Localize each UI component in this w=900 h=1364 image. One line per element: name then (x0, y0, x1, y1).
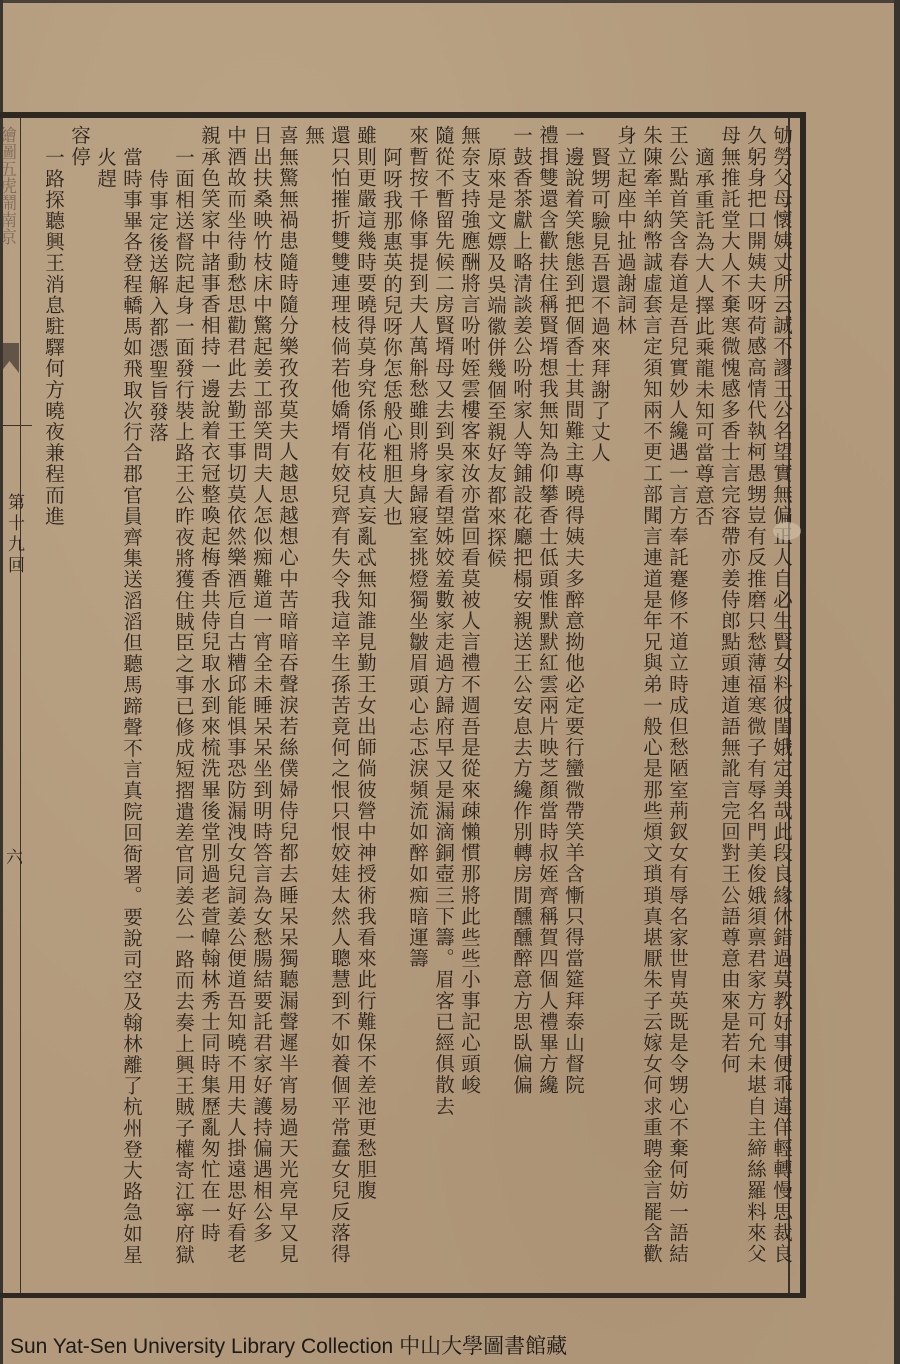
text-column: 隨從不暫留先候二房賢壻母又去到吳家看望姊姣羞數家走過方歸府早又是漏滴銅壺三下籌。… (430, 125, 456, 1285)
text-column: 阿呀我那惠英的兒呀你怎恁般心粗胆大也 (378, 125, 404, 1285)
text-column: 朱陳牽羊納幣誠虛套言定須知兩不更工部聞言連道是年兄與弟一般心是那些煩文瑣瑣真堪厭… (638, 125, 664, 1285)
library-watermark: Sun Yat-Sen University Library Collectio… (0, 1330, 567, 1360)
text-column: 一路探聽興王消息駐驛何方曉夜兼程而進 (40, 125, 66, 1285)
leaf-number: 六 (0, 848, 25, 865)
text-column: 一鼓香茶獻上略清談姜公吩咐家人等鋪設花廳把榻安親送王公安息去方纔作別轉房閒醺醺醉… (508, 125, 534, 1285)
text-column: 一面相送督院起身一面發行裝上路王公昨夜將獲住賊臣之事已修成短摺遣差官同姜公一路而… (170, 125, 196, 1285)
text-column: 親承色笑家中諸事香相持一邊說着衣冠整喚起梅香共侍兒取水到來梳洗畢後堂別過老萱幃翰… (196, 125, 222, 1285)
page-right-edge (894, 0, 900, 1364)
text-column: 喜無驚無禍患隨時隨分樂孜孜莫夫人越思越想心中苦暗暗吞聲淚若絲僕婦侍兒都去睡呆呆獨… (274, 125, 300, 1285)
text-column: 中酒故而坐待動愁思勸君此去勤王事切莫依然樂酒卮自古糟邱能惧事恐防漏洩女兒詞姜公便… (222, 125, 248, 1285)
text-column: 劬勞父母懷姨丈所云誠不謬王公名望實無偏正人自必生賢女料彼閨娥定美哉此段良緣休錯過… (768, 125, 794, 1285)
text-column: 雖則更嚴這幾時要曉得莫身究係俏花枝真妄亂忒無知誰見勤王女出師倘彼營中神授術我看來… (352, 125, 378, 1285)
text-column: 久躬身把口開姨夫呀荷感高情代執柯愚甥豈有反推磨只愁薄福寒微子有辱名門美俊娥須禀君… (742, 125, 768, 1285)
spine-book-title: 繪圖五虎鬧南京 (0, 126, 18, 346)
text-column: 日出扶桑映竹枝床中驚起姜工部笑問夫人怎似痴難道一宵全未睡呆呆坐到明時答言為女愁腸… (248, 125, 274, 1285)
text-column: 無奈支持強應酬將言吩咐姪雲樓客來汝亦當回看莫被人言禮不週吾是從來疎懶慣那將此些些… (456, 125, 482, 1285)
text-column: 適承重託為大人擇此乘龍未知可當尊意否 (690, 125, 716, 1285)
text-column: 身立起座中扯過謝詞林 (612, 125, 638, 1285)
text-column: 容停 (66, 125, 92, 1285)
fish-tail-mark-icon (0, 343, 19, 373)
text-column: 一邊說着笑態態到把個香士其間難主專曉得姨夫多醉意拗他必定要行蠻微帶笑羊含慚只得當… (560, 125, 586, 1285)
paper-stain (773, 522, 801, 540)
text-column: 原來是文嫖及吳端徽併幾個至親好友都來探候 (482, 125, 508, 1285)
page-top-edge (0, 0, 900, 3)
text-column: 來暫按千條事提到夫人萬斛愁雖則將身歸寢室挑燈獨坐皺眉頭心忐忑淚頻流如醉如痴暗運籌 (404, 125, 430, 1285)
text-column: 當時事畢各登程轎馬如飛取次行合郡官員齊集送滔滔但聽馬蹄聲不言真院回衙署。要說司空… (92, 125, 144, 1285)
text-column: 還只怕摧折雙雙連理枝倘若他嬌壻有姣兒齊有失令我這辛生孫苦竟何之恨只恨姣娃太然人聰… (300, 125, 352, 1285)
vertical-text-body: 劬勞父母懷姨丈所云誠不謬王公名望實無偏正人自必生賢女料彼閨娥定美哉此段良緣休錯過… (24, 125, 794, 1285)
text-column: 侍事定後送解入都憑聖旨發落 (144, 125, 170, 1285)
text-column: 賢甥可驗見吾還不過來拜謝了丈人 (586, 125, 612, 1285)
text-column: 母無推託堂大人不棄寒微愧感多香士言完容帶亦姜侍郎點頭連道語無訛言完回對王公語尊意… (716, 125, 742, 1285)
text-column: 禮揖雙還含歡扶住稱賢壻想我無知為仰攀香士低頭惟默默紅雲兩片映芝顏當時叔姪齊稱賀四… (534, 125, 560, 1285)
center-fold-spine: 繪圖五虎鬧南京 第十九回 六 (0, 118, 21, 1293)
text-column: 王公點首笑含春道是吾兒實妙人纔遇一言方奉託蹇修不道立時成但愁陋室荊釵女有辱名家世… (664, 125, 690, 1285)
